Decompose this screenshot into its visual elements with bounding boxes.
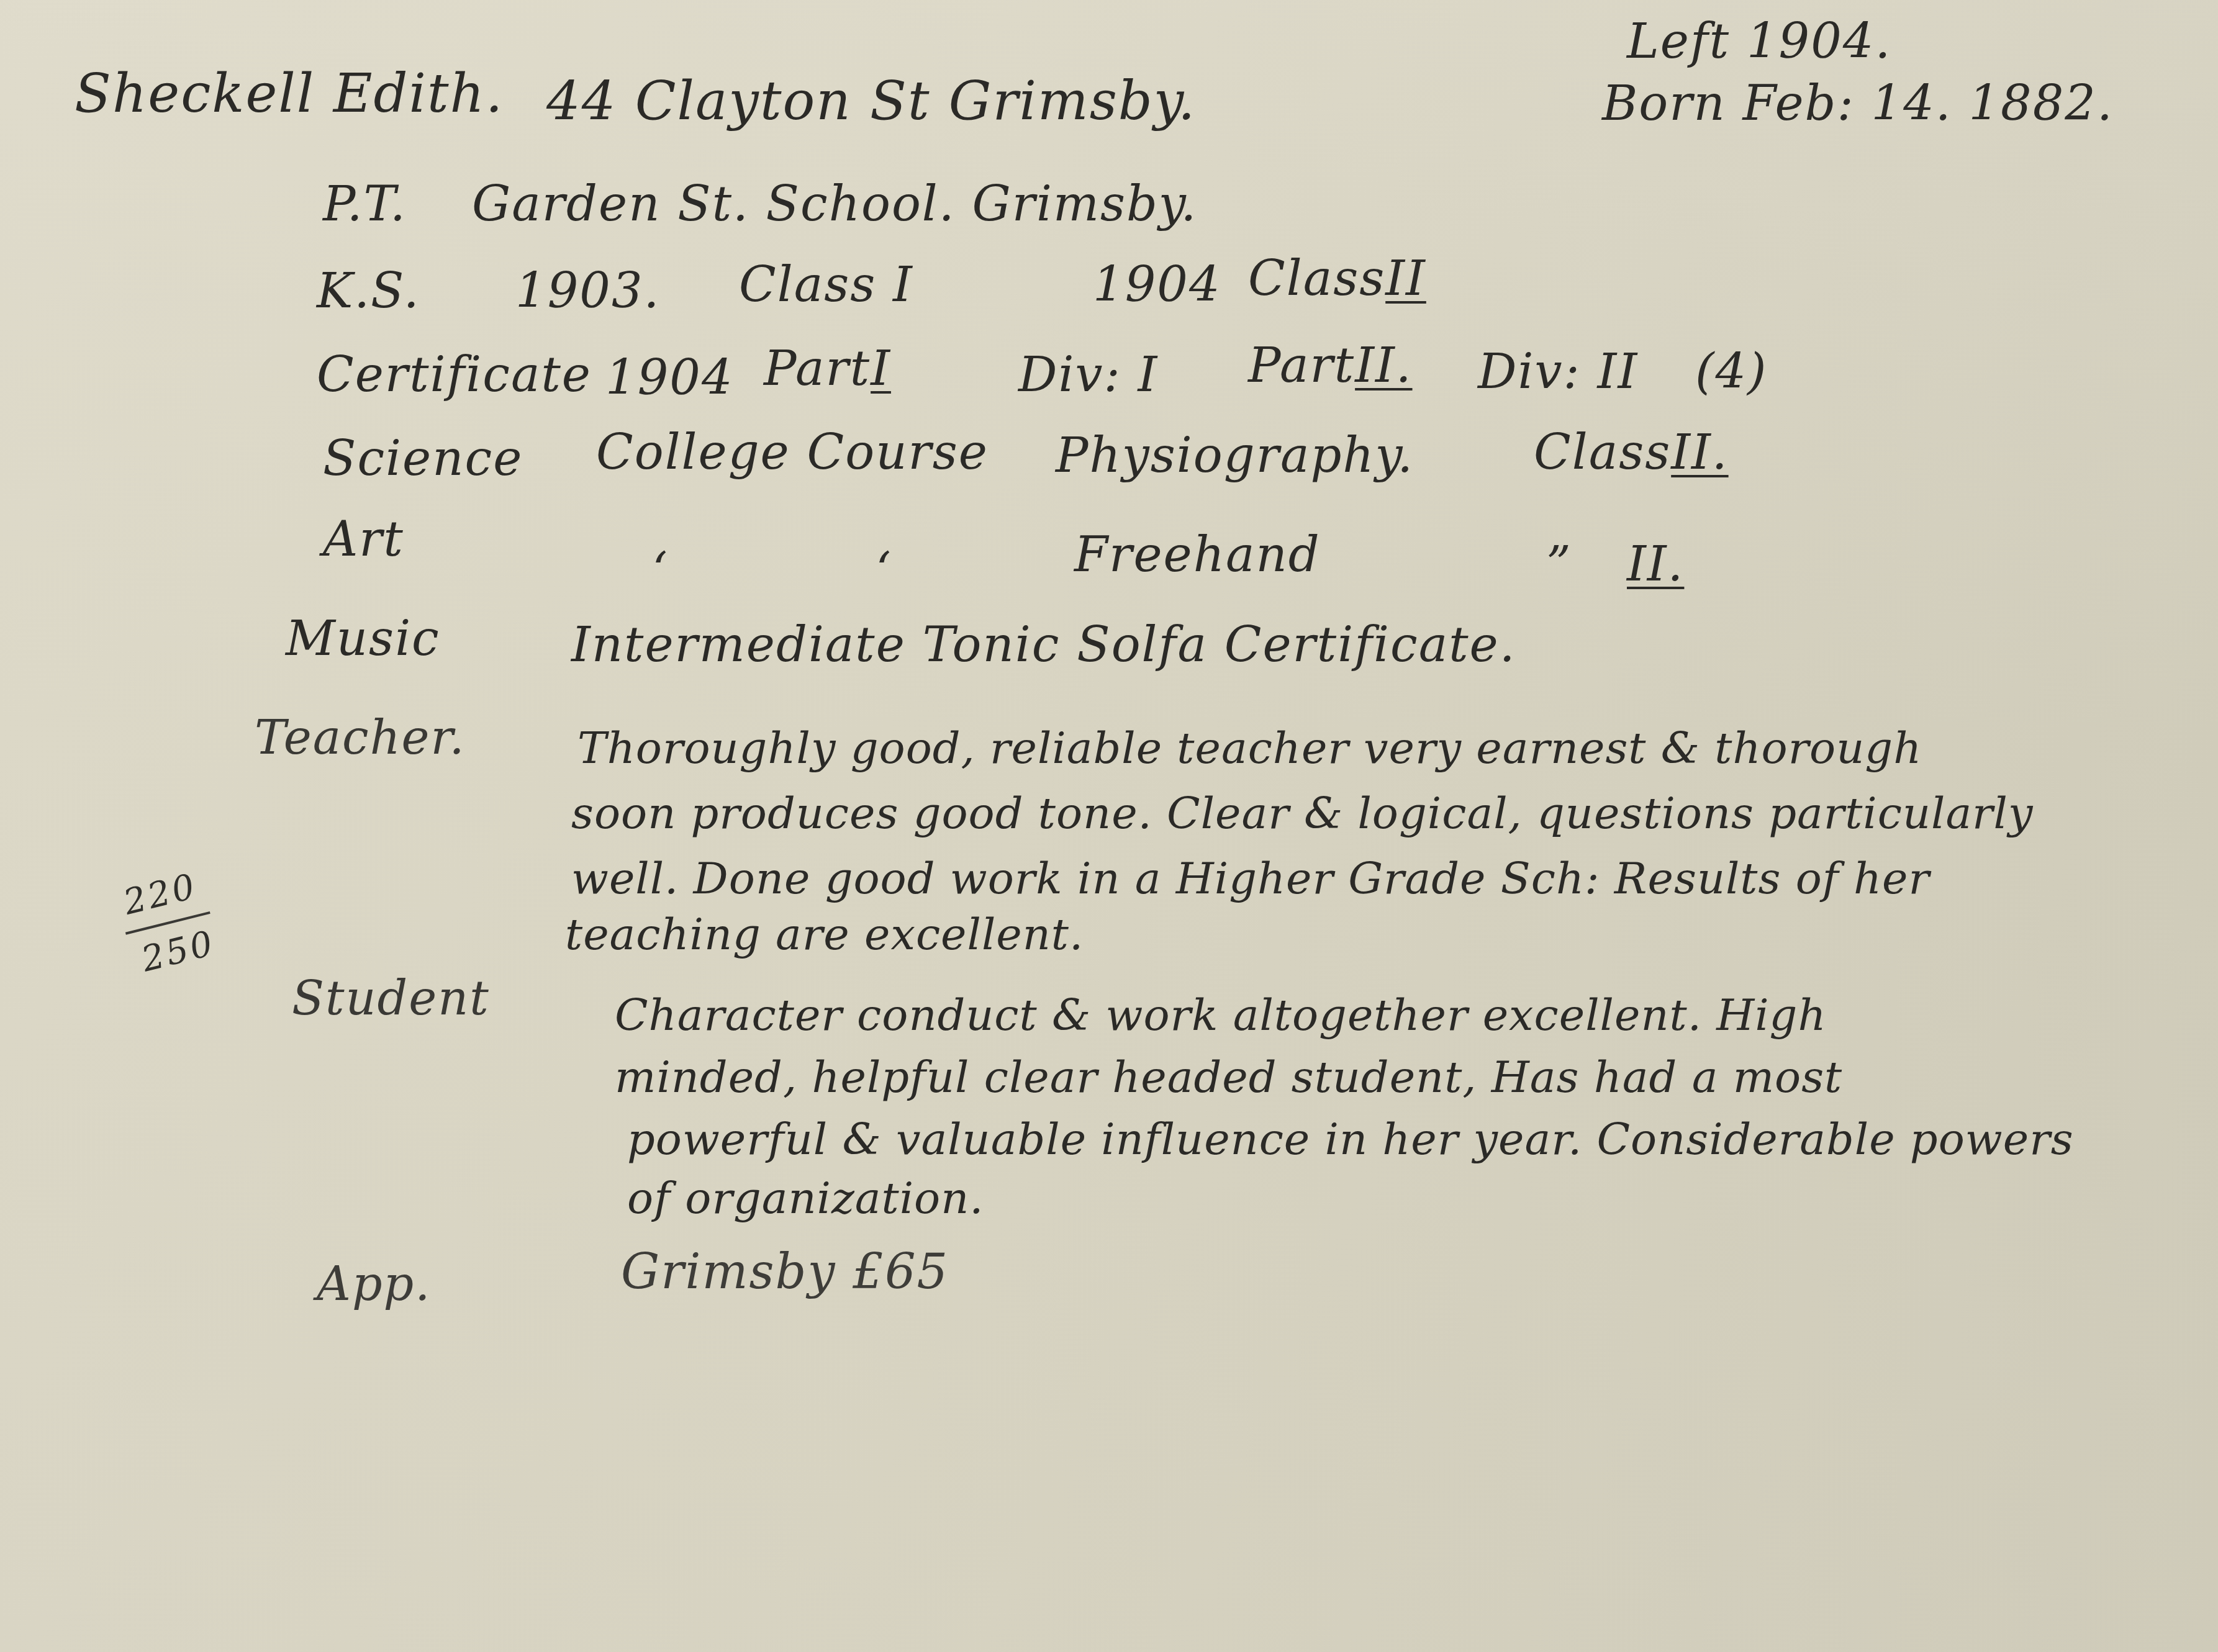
certificate-division-2: Div: II xyxy=(1478,348,1638,396)
left-year: Left 1904. xyxy=(1627,17,1891,66)
certificate-year: 1904 xyxy=(605,354,734,402)
pupil-teacher-label: P.T. xyxy=(323,180,407,228)
student-name: Sheckell Edith. xyxy=(75,67,504,120)
student-remark-line-4: of organization. xyxy=(627,1176,984,1220)
appointment-value: Grimsby £65 xyxy=(621,1248,949,1296)
science-class: ClassII. xyxy=(1534,428,1729,477)
kings-scholarship-year-1904: 1904 xyxy=(1093,261,1221,309)
student-label: Student xyxy=(292,975,490,1022)
score-denominator: 250 xyxy=(138,923,219,980)
science-subject: Physiography. xyxy=(1056,431,1414,480)
student-remark-line-3: powerful & valuable influence in her yea… xyxy=(627,1117,2074,1161)
student-remark-line-2: minded, helpful clear headed student, Ha… xyxy=(615,1055,1842,1099)
class-value: II. xyxy=(1671,425,1728,481)
science-course: College Course xyxy=(596,428,989,477)
kings-scholarship-label: K.S. xyxy=(317,267,420,315)
certificate-part-2: PartII. xyxy=(1248,341,1413,390)
art-label: Art xyxy=(323,515,404,564)
score-numerator: 220 xyxy=(120,866,201,923)
certificate-note: (4) xyxy=(1695,348,1768,396)
class-label: Class xyxy=(1534,425,1671,481)
music-value: Intermediate Tonic Solfa Certificate. xyxy=(571,621,1516,669)
appointment-label: App. xyxy=(317,1260,431,1307)
part-value: I xyxy=(871,341,891,397)
teacher-remark-line-3: well. Done good work in a Higher Grade S… xyxy=(571,857,1930,900)
teacher-remark-line-1: Thoroughly good, reliable teacher very e… xyxy=(577,726,1922,770)
science-label: Science xyxy=(323,435,523,483)
certificate-label: Certificate xyxy=(317,351,592,399)
pupil-teacher-school: Garden St. School. Grimsby. xyxy=(472,180,1197,228)
art-subject: Freehand xyxy=(1074,531,1321,579)
certificate-division-1: Div: I xyxy=(1018,351,1158,399)
kings-scholarship-year-1903: 1903. xyxy=(515,267,660,315)
part-label: Part xyxy=(1248,338,1355,394)
student-remark-line-1: Character conduct & work altogether exce… xyxy=(615,993,1826,1037)
music-label: Music xyxy=(286,615,440,663)
teacher-remark-line-4: teaching are excellent. xyxy=(565,913,1084,956)
class-value: II xyxy=(1385,251,1426,307)
certificate-part-1: PartI xyxy=(764,345,891,393)
class-value: I xyxy=(893,257,913,313)
birth-date: Born Feb: 14. 1882. xyxy=(1602,79,2114,128)
art-ditto-1: ʻ xyxy=(652,546,669,595)
art-ditto-3: ” xyxy=(1546,540,1572,589)
class-label: Class xyxy=(1248,251,1385,307)
part-value: II. xyxy=(1355,338,1412,394)
kings-scholarship-class-1904: ClassII xyxy=(1248,255,1426,303)
score-fraction: 220 250 xyxy=(107,861,240,1007)
art-class: II. xyxy=(1627,540,1684,589)
kings-scholarship-class-1903: Class I xyxy=(739,261,913,309)
class-label: Class xyxy=(739,257,876,313)
teacher-label: Teacher. xyxy=(255,714,466,761)
part-label: Part xyxy=(764,341,871,397)
teacher-remark-line-2: soon produces good tone. Clear & logical… xyxy=(571,792,2034,835)
art-ditto-2: ʻ xyxy=(876,546,892,595)
student-address: 44 Clayton St Grimsby. xyxy=(546,74,1196,128)
